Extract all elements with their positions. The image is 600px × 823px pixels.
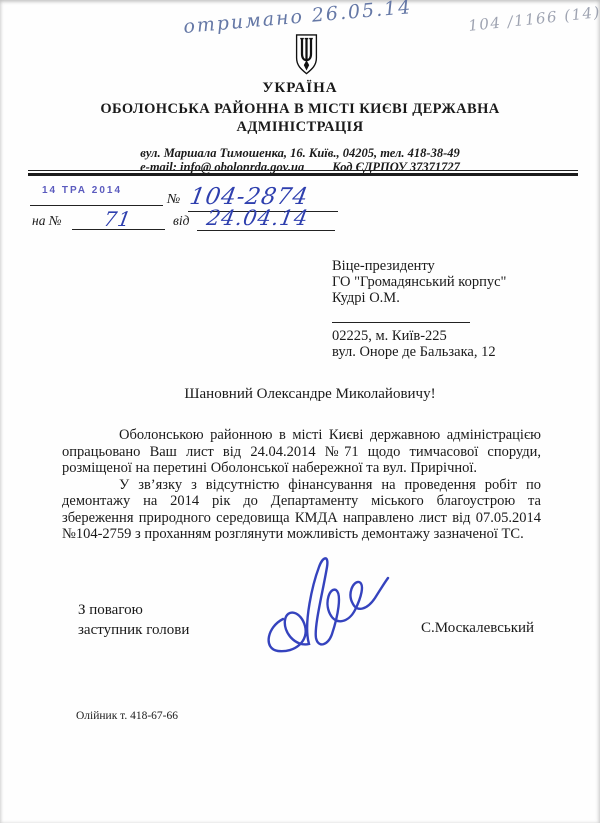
- handwritten-signature: [263, 553, 391, 661]
- blank-line: [197, 230, 335, 231]
- handwritten-ref-number-note: 104 /1166 (14): [467, 3, 600, 35]
- blank-line: [332, 316, 470, 323]
- salutation: Шановний Олександре Миколайовичу!: [60, 386, 560, 403]
- closing-respectfully: З повагою: [78, 600, 189, 620]
- ukraine-trident-emblem: [293, 32, 320, 77]
- handwritten-incoming-number: 71: [102, 207, 134, 231]
- blank-line: [72, 229, 165, 230]
- org-address-line: вул. Маршала Тимошенка, 16. Київ., 04205…: [0, 146, 600, 161]
- country-title: УКРАЇНА: [0, 80, 600, 97]
- org-edrpou-code: Код ЄДРПОУ 37371727: [332, 160, 460, 174]
- scanned-letter-page: отримано 26.05.14 104 /1166 (14) УКРАЇНА…: [0, 0, 600, 823]
- header-divider-thick: [28, 173, 578, 176]
- recipient-organization: ГО "Громадянський корпус": [332, 274, 562, 290]
- closing-position: заступник голови: [78, 620, 189, 640]
- handwritten-incoming-date: 24.04.14: [205, 206, 311, 230]
- body-paragraph-1: Оболонською районною в місті Києві держа…: [62, 427, 541, 477]
- number-label: №: [167, 192, 180, 208]
- incoming-date-stamp: 14 ТРА 2014: [42, 185, 122, 196]
- signer-name: С.Москалевський: [421, 620, 534, 637]
- body-paragraph-2: У зв’язку з відсутністю фінансування на …: [62, 477, 541, 543]
- letter-body: Оболонською районною в місті Києві держа…: [62, 427, 541, 543]
- recipient-street: вул. Оноре де Бальзака, 12: [332, 344, 562, 360]
- closing-block: З повагою заступник голови: [78, 600, 189, 640]
- na-number-label: на №: [32, 213, 62, 229]
- executor-contact: Олійник т. 418-67-66: [76, 710, 178, 722]
- organization-name-line1: ОБОЛОНСЬКА РАЙОННА В МІСТІ КИЄВІ ДЕРЖАВН…: [0, 101, 600, 118]
- recipient-postal-code: 02225, м. Київ-225: [332, 328, 562, 344]
- spacer: [332, 306, 562, 316]
- recipient-name: Кудрі О.М.: [332, 290, 562, 306]
- blank-line: [30, 205, 163, 206]
- vid-label: від: [173, 213, 189, 229]
- header-divider-thin: [28, 170, 578, 171]
- organization-name-line2: АДМІНІСТРАЦІЯ: [0, 119, 600, 136]
- org-email: e-mail: info@ obolonrda.gov.ua: [140, 160, 304, 174]
- recipient-block: Віце-президенту ГО "Громадянський корпус…: [332, 258, 562, 360]
- recipient-position: Віце-президенту: [332, 258, 562, 274]
